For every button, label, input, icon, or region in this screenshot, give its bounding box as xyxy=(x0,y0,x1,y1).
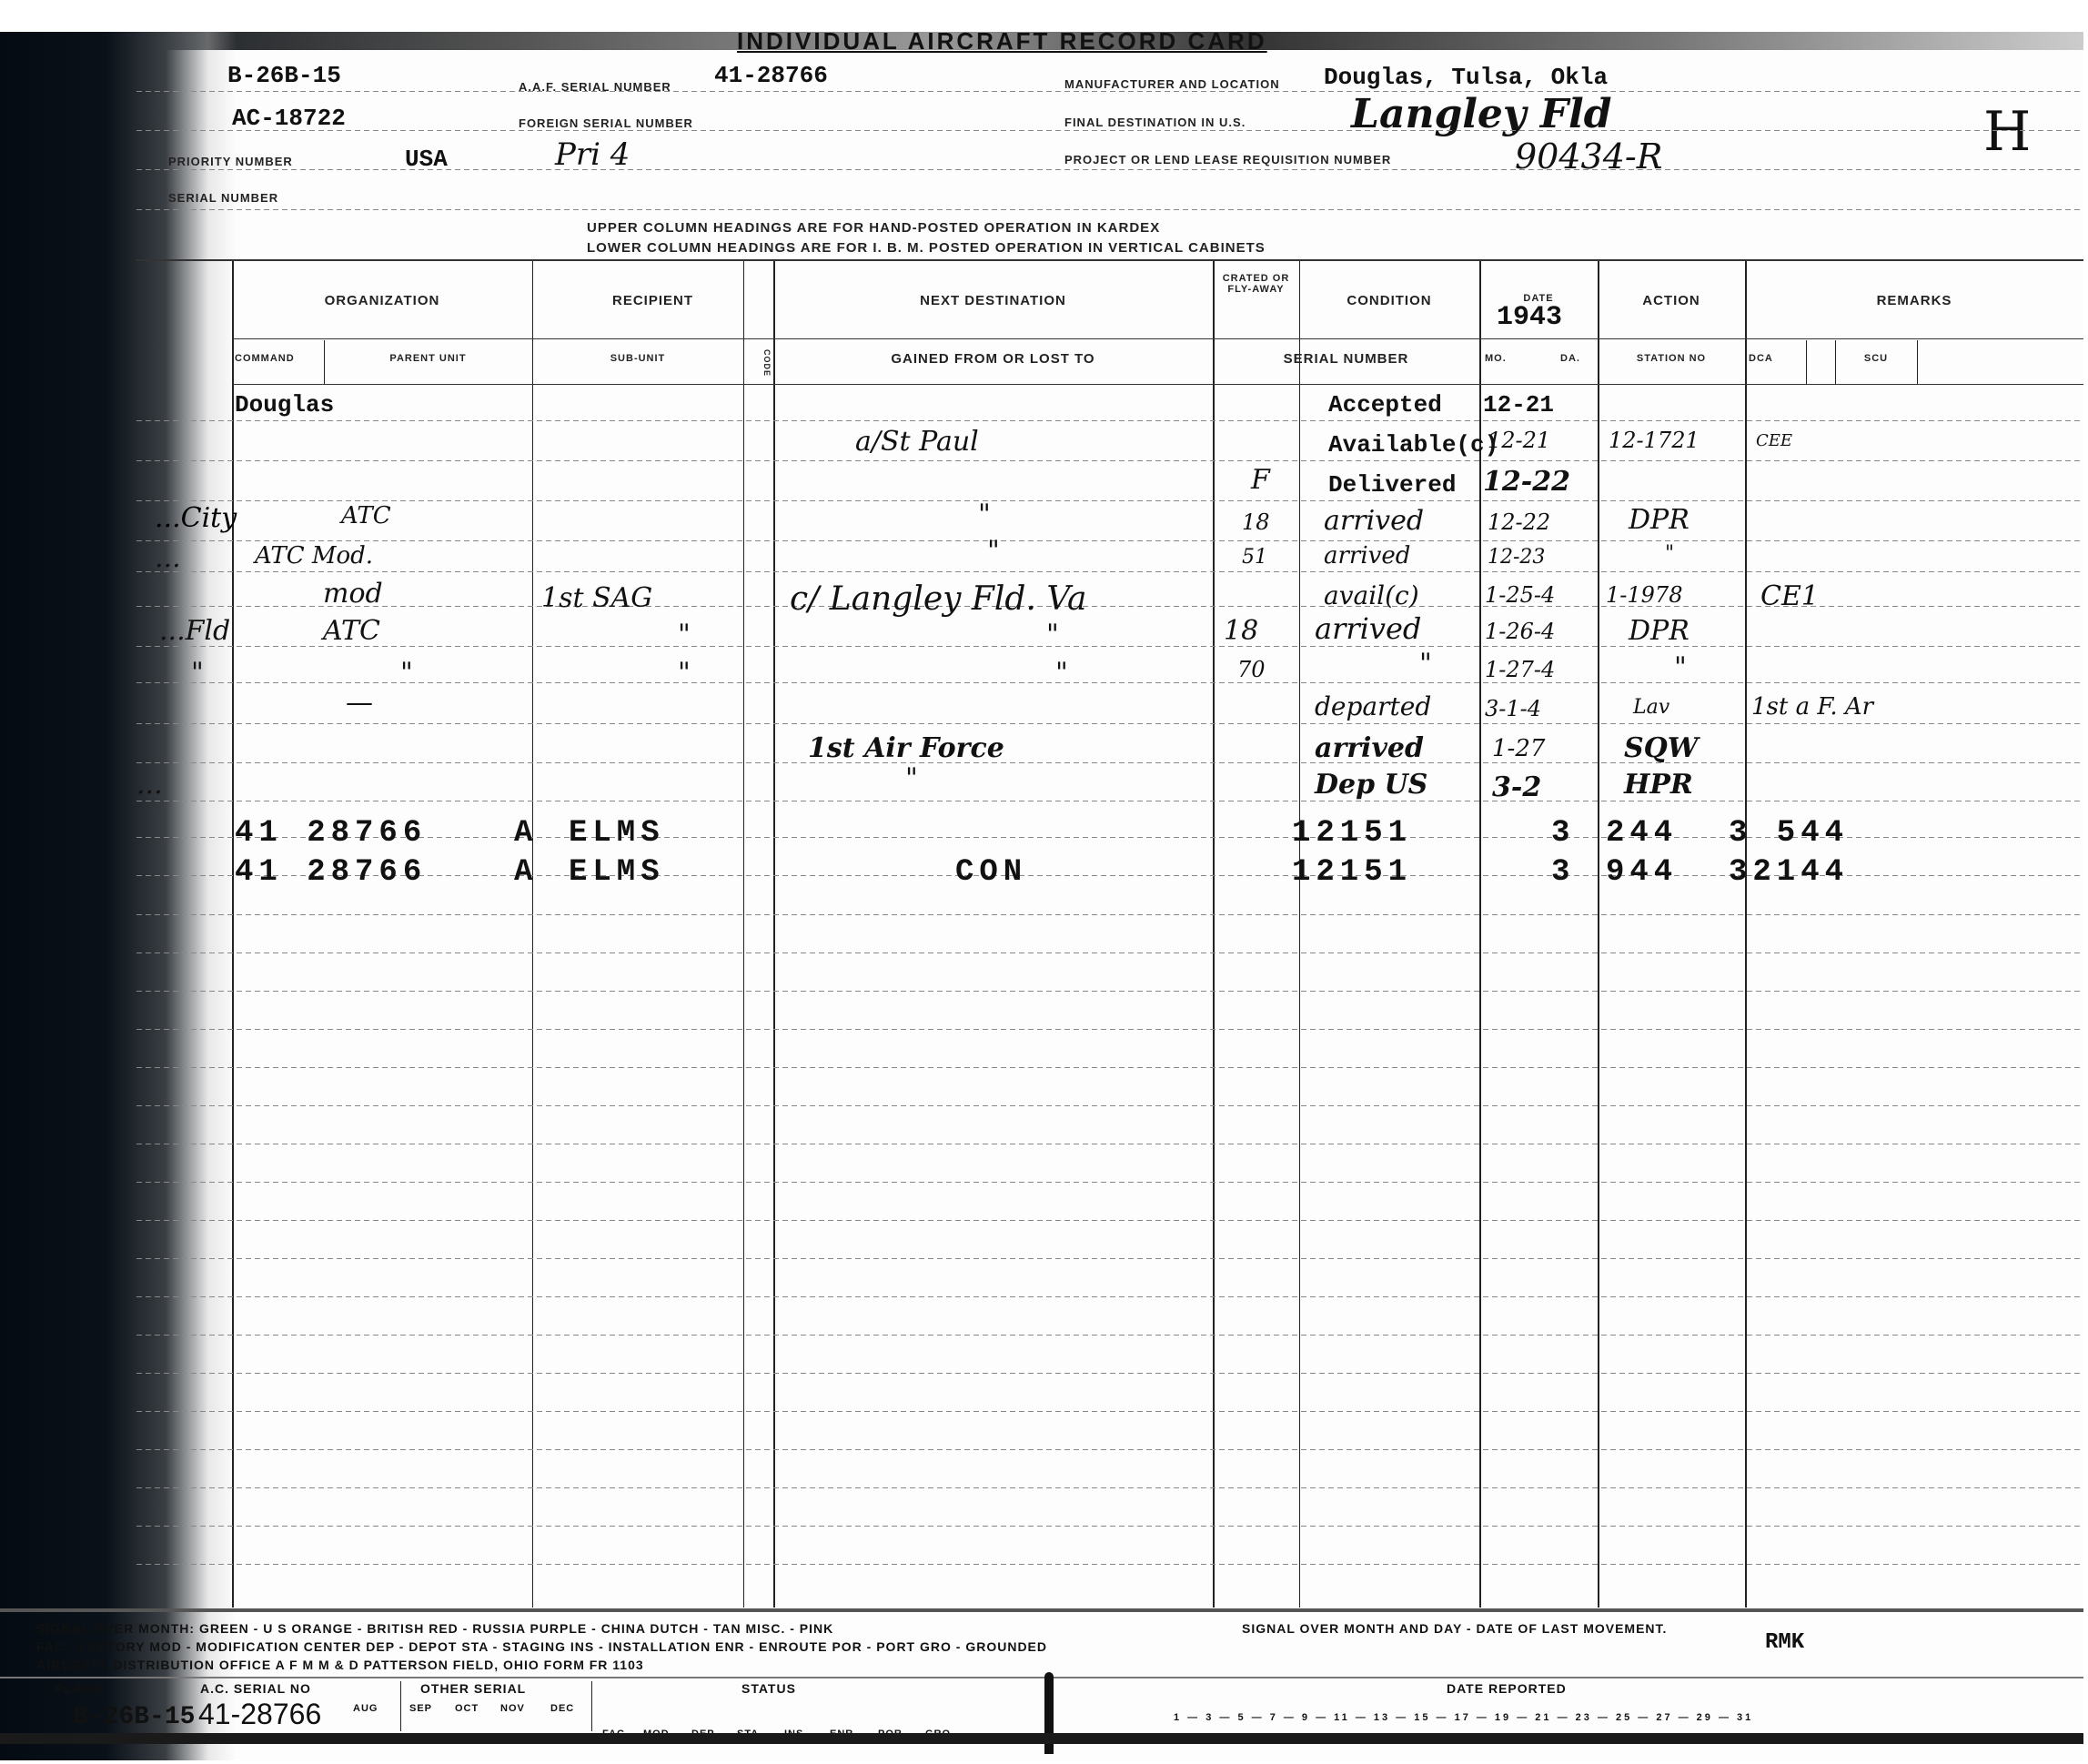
ibm-1-serial-number: 12151 xyxy=(1292,855,1412,890)
row-rule xyxy=(136,682,2083,683)
row-rule xyxy=(136,646,2083,647)
row-rule xyxy=(136,1067,2083,1068)
row-6-condition: arrived xyxy=(1315,611,1421,646)
header-divider xyxy=(232,384,2083,385)
ibm-0-code: A xyxy=(514,816,538,851)
row-3-action: DPR xyxy=(1629,504,1690,536)
row-0-condition: Accepted xyxy=(1328,391,1442,418)
row-rule xyxy=(136,723,2083,724)
ibm-1-gained: CON xyxy=(955,855,1027,890)
header-rule xyxy=(136,130,2083,131)
plane-value: B-26B-15 xyxy=(73,1703,195,1731)
row-rule xyxy=(136,1564,2083,1565)
row-4-condition: arrived xyxy=(1324,542,1410,570)
row-8-organization: — xyxy=(346,687,373,719)
row-4-action: " xyxy=(1665,542,1674,565)
row-5-next-destination: c/ Langley Fld. Va xyxy=(790,580,1087,618)
header-station-no: STATION NO xyxy=(1598,353,1745,364)
manufacturer-label: MANUFACTURER AND LOCATION xyxy=(1064,77,1280,91)
row-6-crated: 18 xyxy=(1224,615,1258,647)
col-line xyxy=(1299,261,1300,1608)
ibm-1-code: A xyxy=(514,855,538,890)
row-8-remarks: 1st a F. Ar xyxy=(1751,693,1873,721)
row-7-next-destination: " xyxy=(1055,657,1068,689)
footer-border xyxy=(0,1608,2083,1612)
row-rule xyxy=(136,1526,2083,1527)
row-rule xyxy=(136,1220,2083,1221)
row-10-date: 3-2 xyxy=(1492,771,1541,803)
other-serial-label: OTHER SERIAL xyxy=(420,1681,526,1696)
row-1-remarks: CEE xyxy=(1756,431,1792,450)
status-label: STATUS xyxy=(741,1681,796,1696)
row-rule xyxy=(136,1411,2083,1412)
header-organization: ORGANIZATION xyxy=(232,293,532,308)
row-rule xyxy=(136,460,2083,461)
row-1-action: 12-1721 xyxy=(1609,428,1700,453)
header-remarks: REMARKS xyxy=(1745,293,2083,308)
final-destination-label: FINAL DESTINATION IN U.S. xyxy=(1064,116,1246,129)
row-rule xyxy=(136,571,2083,572)
contract-number-value: AC-18722 xyxy=(232,105,346,132)
corner-mark: H xyxy=(1983,100,2031,164)
row-rule xyxy=(136,420,2083,421)
row-rule xyxy=(136,1296,2083,1297)
date-reported-label: DATE REPORTED xyxy=(1447,1681,1567,1696)
row-0-organization: Douglas xyxy=(235,391,334,418)
row-1-condition: Available(c) xyxy=(1328,431,1498,459)
col-line xyxy=(743,261,744,1608)
row-4-next-destination: " xyxy=(987,535,1000,567)
row-6-recipient: " xyxy=(678,619,691,650)
row-rule xyxy=(136,1182,2083,1183)
row-9-date: 1-27 xyxy=(1492,735,1545,762)
header-code: CODE xyxy=(746,349,772,377)
instruction-upper: UPPER COLUMN HEADINGS ARE FOR HAND-POSTE… xyxy=(587,220,1160,236)
row-5-action: 1-1978 xyxy=(1606,582,1682,608)
row-7-station: " xyxy=(191,657,204,689)
ibm-1-mo: 3 xyxy=(1551,855,1575,890)
header-year: 1943 xyxy=(1497,302,1562,333)
row-4-station: ... xyxy=(155,542,181,574)
header-serial-number: SERIAL NUMBER xyxy=(1213,351,1479,367)
row-rule xyxy=(136,991,2083,992)
row-rule xyxy=(136,540,2083,541)
row-rule xyxy=(136,1487,2083,1488)
ibm-1-unit: ELMS xyxy=(569,855,665,890)
row-10-action: HPR xyxy=(1624,769,1693,801)
table-top-border xyxy=(136,259,2083,261)
ibm-0-remarks: 3 544 xyxy=(1729,816,1849,851)
instruction-lower: LOWER COLUMN HEADINGS ARE FOR I. B. M. P… xyxy=(587,240,1266,256)
row-rule xyxy=(136,953,2083,953)
row-2-crated: F xyxy=(1251,464,1270,496)
ibm-1-serial: 41 28766 xyxy=(235,855,427,890)
row-rule xyxy=(136,1105,2083,1106)
row-6-date: 1-26-4 xyxy=(1485,619,1555,644)
row-5-organization: mod xyxy=(323,578,383,610)
ibm-1-station: 944 xyxy=(1606,855,1678,890)
ac-serial-value: 41-28766 xyxy=(198,1698,321,1731)
row-8-date: 3-1-4 xyxy=(1485,696,1541,721)
header-crated: CRATED OR FLY-AWAY xyxy=(1213,273,1299,295)
col-line xyxy=(1745,261,1747,1608)
col-line xyxy=(400,1681,401,1731)
month-oct: OCT xyxy=(455,1703,479,1714)
row-5-condition: avail(c) xyxy=(1324,580,1419,610)
scan-shadow xyxy=(0,32,237,1760)
row-9-next-destination: 1st Air Force xyxy=(808,732,1004,764)
month-aug: AUG xyxy=(353,1703,378,1714)
row-rule xyxy=(136,500,2083,501)
row-rule xyxy=(136,762,2083,763)
ibm-0-unit: ELMS xyxy=(569,816,665,851)
col-line xyxy=(591,1681,592,1731)
header-divider xyxy=(232,338,2083,339)
row-rule xyxy=(136,1144,2083,1144)
col-line xyxy=(1917,340,1918,384)
footer-divider xyxy=(0,1677,2083,1678)
ibm-0-station: 244 xyxy=(1606,816,1678,851)
row-2-condition: Delivered xyxy=(1328,471,1456,499)
footer-signal-colors: SIGNAL OVER MONTH: GREEN - U S ORANGE - … xyxy=(36,1621,833,1636)
header-command: COMMAND xyxy=(235,353,326,364)
row-7-action: " xyxy=(1674,651,1687,683)
row-1-date: 12-21 xyxy=(1488,428,1550,453)
row-rule xyxy=(136,1258,2083,1259)
ibm-0-mo: 3 xyxy=(1551,816,1575,851)
row-4-date: 12-23 xyxy=(1488,546,1545,569)
col-line xyxy=(1479,261,1481,1608)
header-condition: CONDITION xyxy=(1299,293,1479,308)
ibm-1-remarks: 32144 xyxy=(1729,855,1849,890)
row-5-date: 1-25-4 xyxy=(1485,582,1555,608)
priority-label: PRIORITY NUMBER xyxy=(168,155,293,168)
foreign-serial-label: FOREIGN SERIAL NUMBER xyxy=(519,116,693,130)
row-rule xyxy=(136,801,2083,801)
row-rule xyxy=(136,1373,2083,1374)
row-6-station: ...Fld xyxy=(159,615,230,647)
ibm-0-serial: 41 28766 xyxy=(235,816,427,851)
row-rule xyxy=(136,914,2083,915)
col-line xyxy=(1598,261,1599,1608)
row-3-date: 12-22 xyxy=(1488,509,1550,535)
row-3-station: ...City xyxy=(155,502,237,534)
card-bottom-edge xyxy=(0,1733,2083,1744)
ibm-0-serial-number: 12151 xyxy=(1292,816,1412,851)
month-dec: DEC xyxy=(550,1703,574,1714)
row-8-condition: departed xyxy=(1315,691,1431,721)
row-0-date: 12-21 xyxy=(1483,391,1554,418)
row-4-crated: 51 xyxy=(1242,546,1267,569)
row-10-next-destination: " xyxy=(905,762,918,794)
footer-signal-date: SIGNAL OVER MONTH AND DAY - DATE OF LAST… xyxy=(1242,1621,1667,1636)
row-8-action: Lav xyxy=(1633,696,1669,719)
header-rule xyxy=(136,209,2083,210)
header-da: DA. xyxy=(1560,353,1580,364)
month-nov: NOV xyxy=(500,1703,525,1714)
header-scu: SCU xyxy=(1835,353,1917,364)
serial-label: SERIAL NUMBER xyxy=(168,191,278,205)
row-rule xyxy=(136,1449,2083,1450)
project-label: PROJECT OR LEND LEASE REQUISITION NUMBER xyxy=(1064,153,1391,166)
header-parent-unit: PARENT UNIT xyxy=(324,353,532,364)
row-2-date: 12-22 xyxy=(1483,466,1570,498)
ac-serial-label: A.C. SERIAL NO xyxy=(200,1681,311,1696)
col-line xyxy=(1806,340,1807,384)
row-6-organization: ATC xyxy=(323,615,380,647)
row-1-next-destination: a/St Paul xyxy=(855,426,979,458)
date-reported-days: 1 — 3 — 5 — 7 — 9 — 11 — 13 — 15 — 17 — … xyxy=(1174,1712,1753,1723)
header-sub-unit: SUB-UNIT xyxy=(532,353,743,364)
row-7-condition: " xyxy=(1419,648,1432,680)
header-recipient: RECIPIENT xyxy=(532,293,773,308)
row-10-station: ... xyxy=(136,769,163,801)
col-line xyxy=(532,261,533,1608)
header-rule xyxy=(136,91,2083,92)
record-card xyxy=(0,32,2083,1760)
row-5-remarks: CE1 xyxy=(1760,580,1819,612)
row-3-crated: 18 xyxy=(1242,509,1270,535)
header-dca: DCA xyxy=(1749,353,1773,364)
footer-status-codes: FAC - FACTORY MOD - MODIFICATION CENTER … xyxy=(36,1639,1047,1654)
row-4-organization: ATC Mod. xyxy=(255,542,373,570)
aaf-serial-value: 41-28766 xyxy=(714,62,828,89)
row-6-action: DPR xyxy=(1629,615,1690,647)
row-7-date: 1-27-4 xyxy=(1485,657,1555,682)
row-3-next-destination: " xyxy=(978,499,991,530)
row-9-action: SQW xyxy=(1624,732,1699,764)
col-line xyxy=(773,261,775,1608)
card-title: INDIVIDUAL AIRCRAFT RECORD CARD xyxy=(737,27,1267,55)
row-3-organization: ATC xyxy=(341,502,391,529)
header-gained-lost: GAINED FROM OR LOST TO xyxy=(773,351,1213,367)
row-7-crated: 70 xyxy=(1237,657,1266,682)
row-3-condition: arrived xyxy=(1324,505,1424,537)
row-7-recipient: " xyxy=(678,657,691,689)
col-line xyxy=(1213,261,1215,1608)
header-rule xyxy=(136,169,2083,170)
header-next-destination: NEXT DESTINATION xyxy=(773,293,1213,308)
header-action: ACTION xyxy=(1598,293,1745,308)
header-mo: MO. xyxy=(1485,353,1507,364)
plane-label: PLANE xyxy=(55,1681,102,1696)
project-value: 90434-R xyxy=(1515,136,1662,176)
priority-hand: Pri 4 xyxy=(555,136,630,173)
row-5-recipient: 1st SAG xyxy=(541,582,652,614)
footer-distribution: AIRCRAFT DISTRIBUTION OFFICE A F M M & D… xyxy=(36,1658,644,1672)
row-6-next-destination: " xyxy=(1046,619,1059,650)
row-7-organization: " xyxy=(400,657,413,689)
row-rule xyxy=(136,1029,2083,1030)
model-value: B-26B-15 xyxy=(227,62,341,89)
row-rule xyxy=(136,1335,2083,1336)
row-10-condition: Dep US xyxy=(1315,769,1427,801)
footer-initials: RMK xyxy=(1765,1630,1804,1655)
col-line xyxy=(232,261,234,1608)
month-sep: SEP xyxy=(409,1703,432,1714)
row-9-condition: arrived xyxy=(1315,732,1424,764)
manufacturer-value: Douglas, Tulsa, Okla xyxy=(1324,64,1608,91)
